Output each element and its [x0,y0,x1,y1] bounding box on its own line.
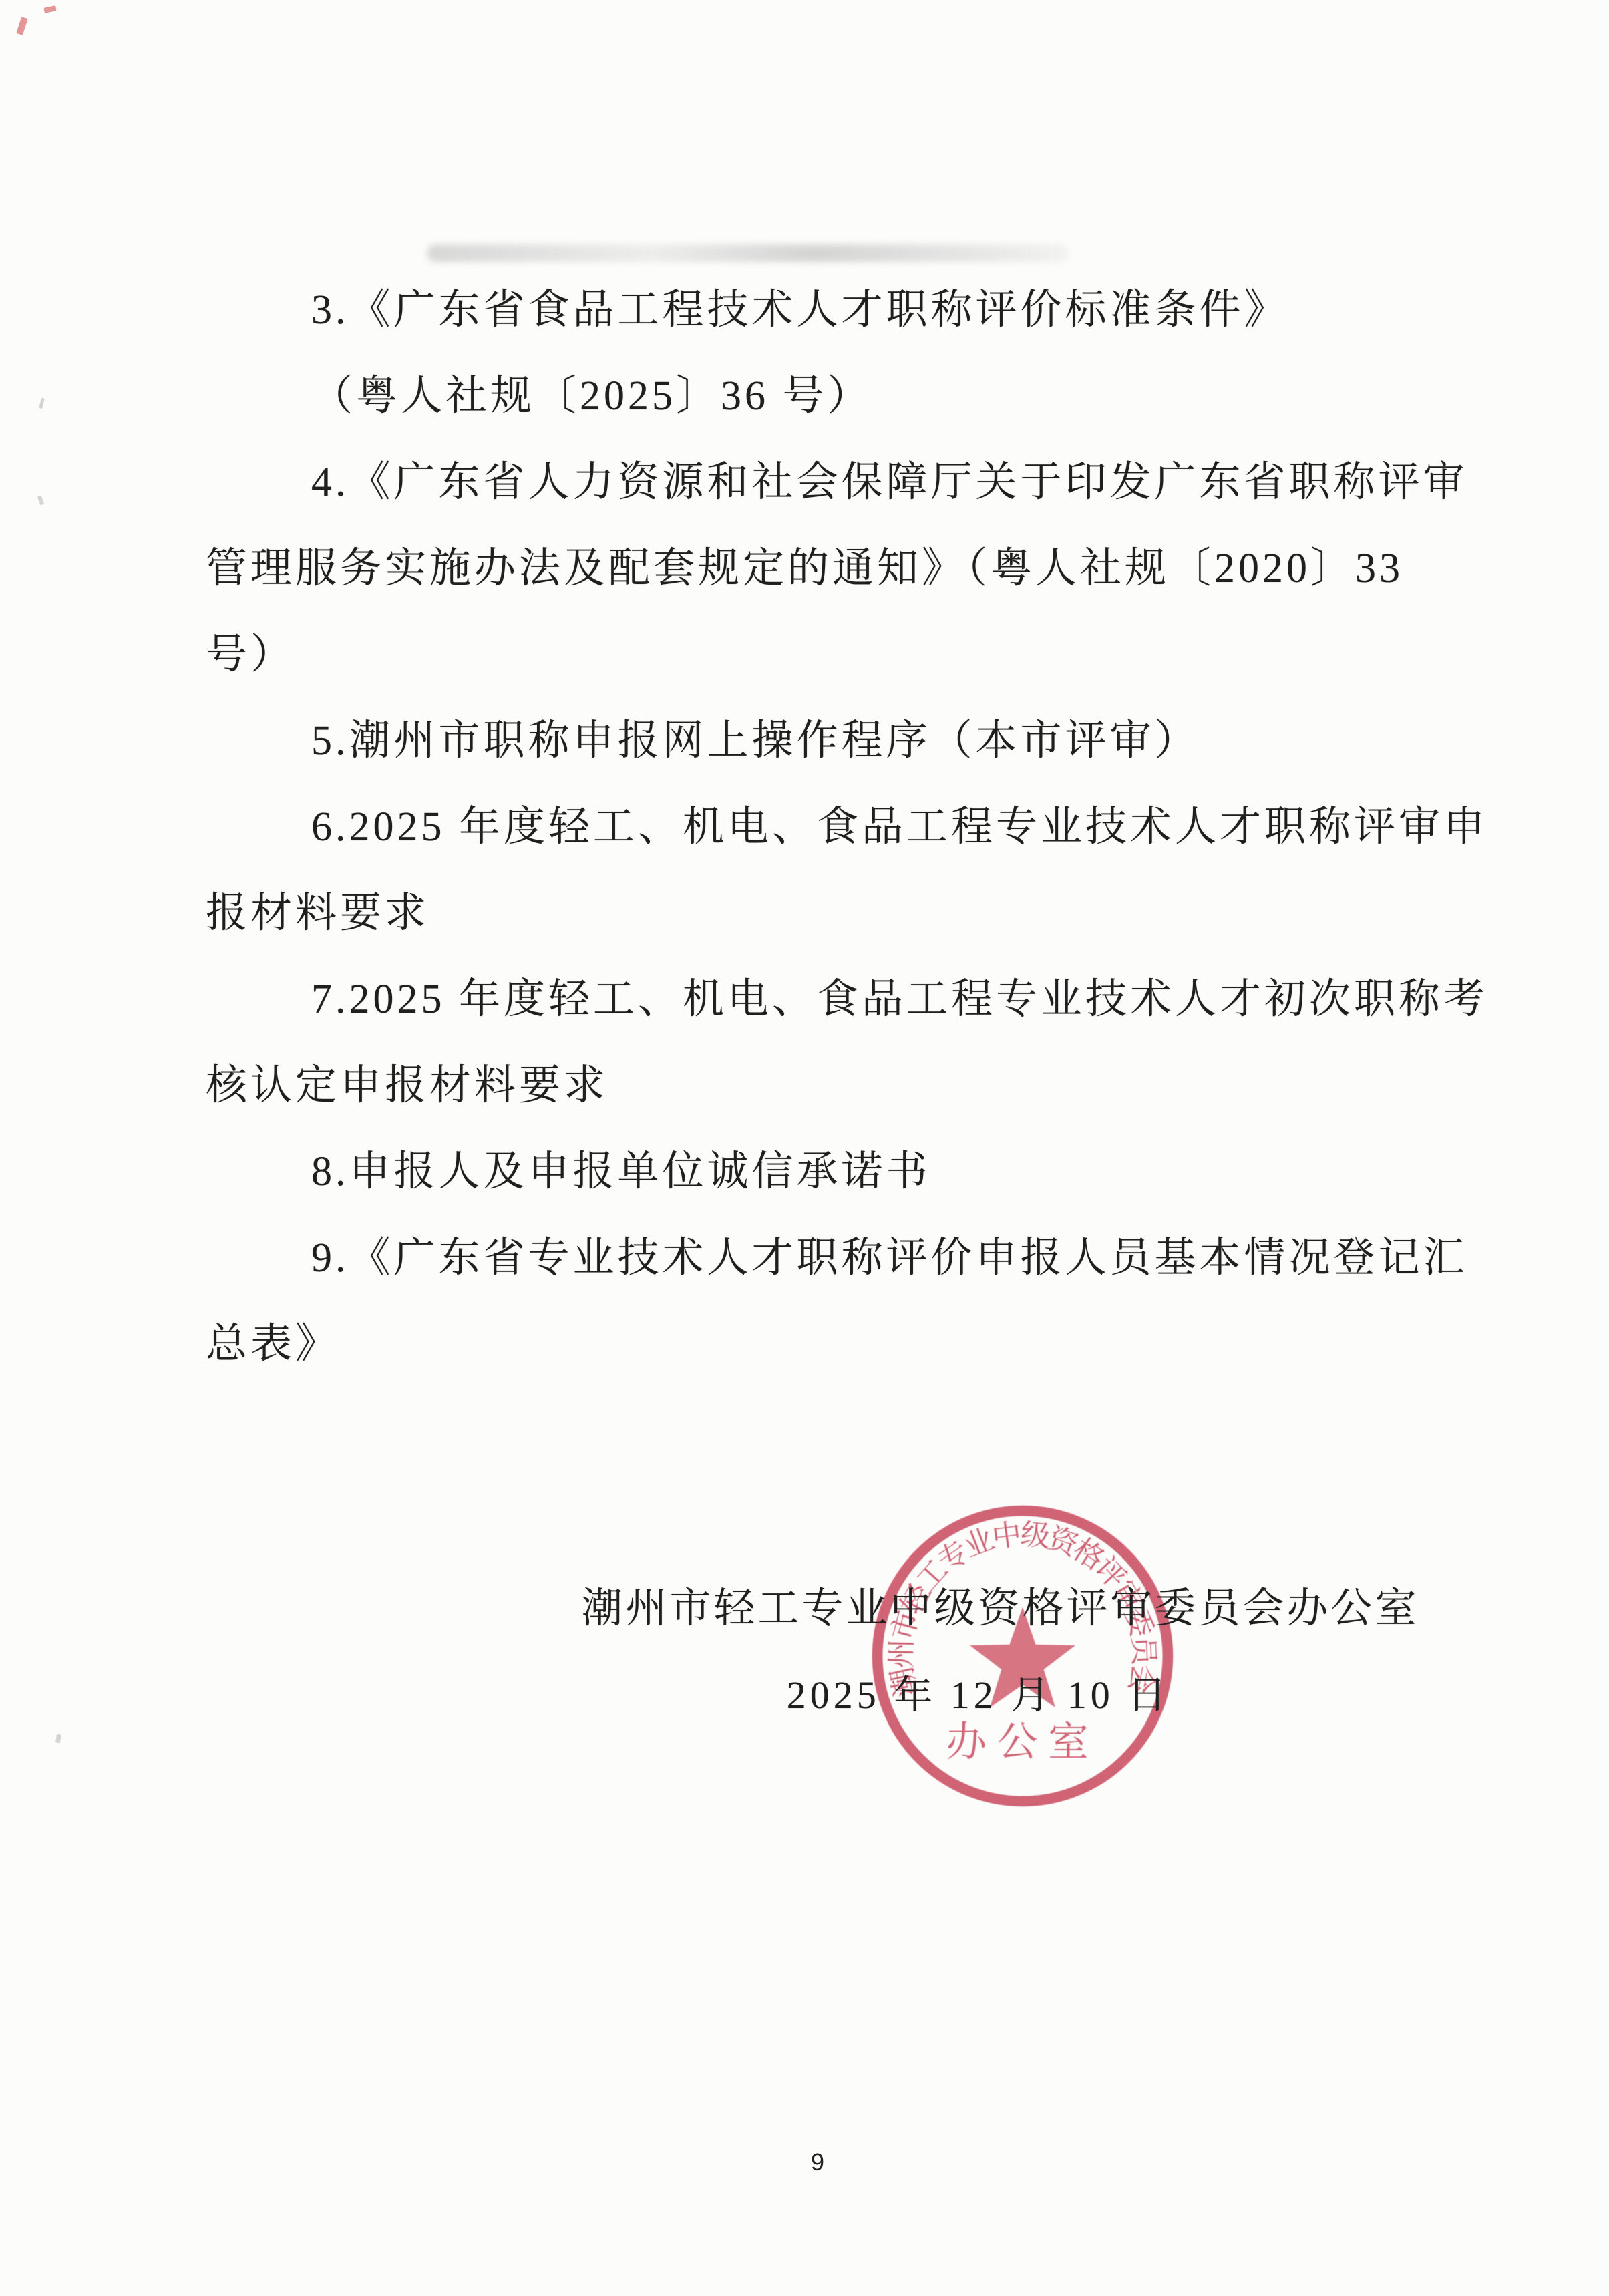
body-line: （粤人社规〔2025〕36 号） [206,349,1475,435]
body-line: 6.2025 年度轻工、机电、食品工程专业技术人才职称评审申 [206,780,1475,866]
pencil-mark [37,495,44,505]
body-line: 号） [206,607,1475,693]
seal-bottom-text: 办公室 [946,1720,1099,1765]
official-seal: 潮州市轻工专业中级资格评审委员会 办公室 [866,1499,1180,1813]
red-speck [43,5,56,13]
body-line: 管理服务实施办法及配套规定的通知》（粤人社规〔2020〕33 [206,521,1475,607]
body-line: 5.潮州市职称申报网上操作程序（本市评审） [206,693,1475,780]
signature-date: 2025 年 12 月 10 日 [534,1675,1423,1715]
body-line: 4.《广东省人力资源和社会保障厅关于印发广东省职称评审 [206,435,1475,521]
body-line: 7.2025 年度轻工、机电、食品工程专业技术人才初次职称考 [206,952,1475,1038]
body-line: 8.申报人及申报单位诚信承诺书 [206,1124,1475,1210]
red-speck [16,17,28,35]
page-number: 9 [811,2148,824,2176]
attachment-list: 3.《广东省食品工程技术人才职称评价标准条件》 （粤人社规〔2025〕36 号）… [206,263,1475,1383]
body-line: 总表》 [206,1297,1475,1383]
pencil-mark [55,1734,61,1743]
body-line: 9.《广东省专业技术人才职称评价申报人员基本情况登记汇 [206,1210,1475,1297]
scan-smudge [427,244,1069,262]
body-line: 核认定申报材料要求 [206,1038,1475,1124]
document-page: 3.《广东省食品工程技术人才职称评价标准条件》 （粤人社规〔2025〕36 号）… [0,0,1609,2296]
body-line: 3.《广东省食品工程技术人才职称评价标准条件》 [206,263,1475,349]
body-line: 报材料要求 [206,866,1475,952]
pencil-mark [39,398,45,409]
signature-organization: 潮州市轻工专业中级资格评审委员会办公室 [571,1586,1429,1631]
